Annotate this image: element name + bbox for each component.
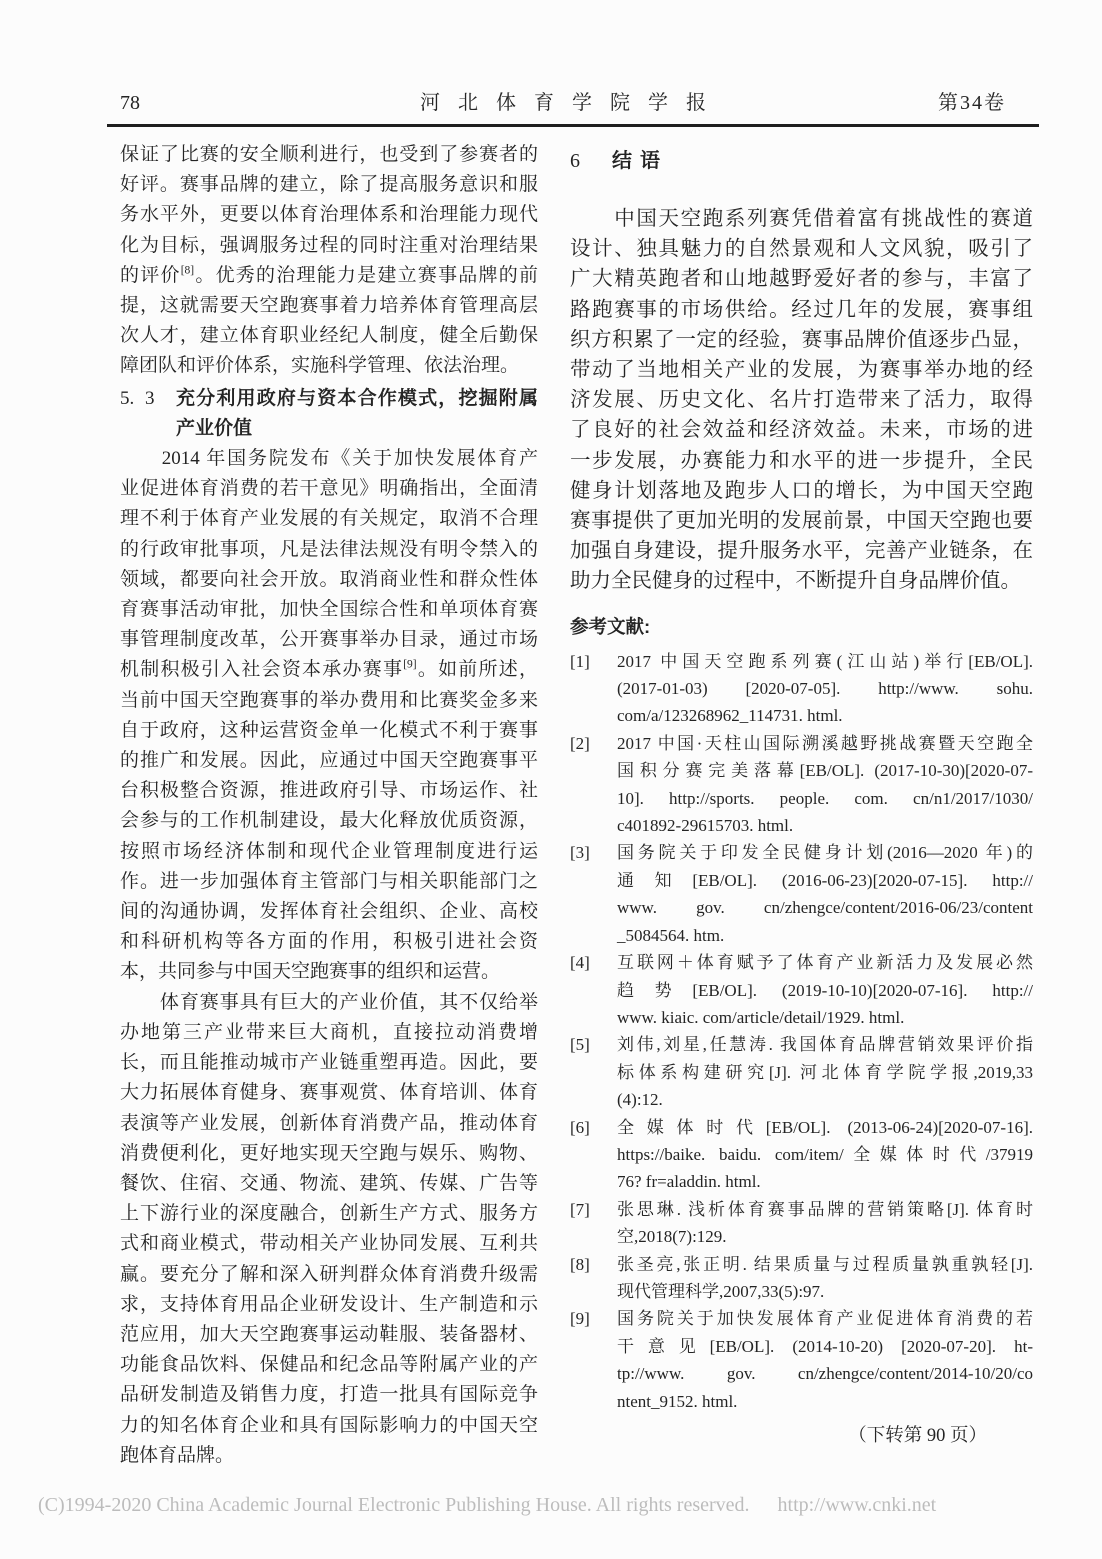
text-line: 赛事提供了更加光明的发展前景，中国天空跑也要 bbox=[570, 506, 1033, 536]
text-line: 的推广和发展。因此，应通过中国天空跑赛事平 bbox=[120, 746, 538, 776]
text-line: 10]. http://sports. people. com. cn/n1/2… bbox=[617, 785, 1033, 812]
text-line: 提，这就需要天空跑赛事着力培养体育管理高层 bbox=[120, 291, 538, 321]
reference-item: [8]张圣亮,张正明. 结果质量与过程质量孰重孰轻[J].现代管理科学,2007… bbox=[570, 1251, 1033, 1306]
text-line: 通知[EB/OL]. (2016-06-23)[2020-07-15]. htt… bbox=[617, 867, 1033, 894]
text-line: 化为目标，强调服务过程的同时注重对治理结果 bbox=[120, 231, 538, 261]
reference-number: [1] bbox=[570, 648, 617, 730]
text-line: 中国天空跑系列赛凭借着富有挑战性的赛道 bbox=[570, 204, 1033, 234]
text-line: 作。进一步加强体育主管部门与相关职能部门之 bbox=[120, 867, 538, 897]
text-line: 刘伟,刘星,任慧涛. 我国体育品牌营销效果评价指 bbox=[617, 1031, 1033, 1058]
reference-text: 2017 中国天空跑系列赛(江山站)举行[EB/OL].(2017-01-03)… bbox=[617, 648, 1033, 730]
header-divider bbox=[107, 124, 1039, 127]
reference-text: 互联网＋体育赋予了体育产业新活力及发展必然趋势[EB/OL]. (2019-10… bbox=[617, 949, 1033, 1031]
text-line: 式和商业模式，带动相关产业协同发展、互利共 bbox=[120, 1229, 538, 1259]
text-line: 事管理制度改革，公开赛事举办目录，通过市场 bbox=[120, 625, 538, 655]
text-line: 设计、独具魅力的自然景观和人文风貌，吸引了 bbox=[570, 234, 1033, 264]
reference-number: [6] bbox=[570, 1114, 617, 1196]
text-line: 路跑赛事的市场供给。经过几年的发展，赛事组 bbox=[570, 295, 1033, 325]
page-footer: (C)1994-2020 China Academic Journal Elec… bbox=[38, 1494, 1078, 1517]
conclusion-paragraph: 中国天空跑系列赛凭借着富有挑战性的赛道设计、独具魅力的自然景观和人文风貌，吸引了… bbox=[570, 204, 1033, 597]
text-line: 织方积累了一定的经验，赛事品牌价值逐步凸显， bbox=[570, 325, 1033, 355]
text-line: 会参与的工作机制建设，最大化释放优质资源， bbox=[120, 806, 538, 836]
journal-title: 河北体育学院学报 bbox=[210, 86, 916, 115]
paragraph: 保证了比赛的安全顺利进行，也受到了参赛者的好评。赛事品牌的建立，除了提高服务意识… bbox=[120, 140, 538, 382]
text-line: 当前中国天空跑赛事的举办费用和比赛奖金多来 bbox=[120, 686, 538, 716]
text-line: 功能食品饮料、保健品和纪念品等附属产业的产 bbox=[120, 1350, 538, 1380]
section-title: 充分利用政府与资本合作模式，挖掘附属产业价值 bbox=[176, 384, 538, 444]
text-line: 助力全民健身的过程中，不断提升自身品牌价值。 bbox=[570, 566, 1033, 596]
reference-text: 张圣亮,张正明. 结果质量与过程质量孰重孰轻[J].现代管理科学,2007,33… bbox=[617, 1251, 1033, 1306]
page-number: 78 bbox=[120, 92, 210, 115]
text-line: tp://www. gov. cn/zhengce/content/2014-1… bbox=[617, 1360, 1033, 1387]
text-line: 76? fr=aladdin. html. bbox=[617, 1168, 1033, 1195]
text-line: 间的沟通协调，发挥体育社会组织、企业、高校 bbox=[120, 897, 538, 927]
text-line: 济发展、历史文化、名片打造带来了活力，取得 bbox=[570, 385, 1033, 415]
text-line: (2017-01-03) [2020-07-05]. http://www. s… bbox=[617, 675, 1033, 702]
section-heading-5-3: 5. 3 充分利用政府与资本合作模式，挖掘附属产业价值 bbox=[120, 384, 538, 444]
reference-item: [5]刘伟,刘星,任慧涛. 我国体育品牌营销效果评价指标体系构建研究[J]. 河… bbox=[570, 1031, 1033, 1113]
text-line: 赢。要充分了解和深入研判群众体育消费升级需 bbox=[120, 1260, 538, 1290]
text-line: 跑体育品牌。 bbox=[120, 1441, 538, 1471]
text-line: 的评价[8]。优秀的治理能力是建立赛事品牌的前 bbox=[120, 261, 538, 291]
text-line: 的行政审批事项，凡是法律法规没有明令禁入的 bbox=[120, 535, 538, 565]
text-line: 务水平外，更要以体育治理体系和治理能力现代 bbox=[120, 200, 538, 230]
paragraph: 体育赛事具有巨大的产业价值，其不仅给举办地第三产业带来巨大商机，直接拉动消费增长… bbox=[120, 988, 538, 1471]
reference-number: [5] bbox=[570, 1031, 617, 1113]
page-header: 78 河北体育学院学报 第34卷 bbox=[120, 86, 1006, 115]
section-heading-6: 6 结语 bbox=[570, 146, 1033, 176]
text-line: 健身计划落地及跑步人口的增长，为中国天空跑 bbox=[570, 476, 1033, 506]
text-line: 空,2018(7):129. bbox=[617, 1223, 1033, 1250]
text-line: 干意见[EB/OL]. (2014-10-20) [2020-07-20]. h… bbox=[617, 1333, 1033, 1360]
reference-number: [4] bbox=[570, 949, 617, 1031]
text-line: 本，共同参与中国天空跑赛事的组织和运营。 bbox=[120, 957, 538, 987]
reference-number: [2] bbox=[570, 730, 617, 840]
text-line: 带动了当地相关产业的发展，为赛事举办地的经 bbox=[570, 355, 1033, 385]
text-line: 2014 年国务院发布《关于加快发展体育产 bbox=[120, 444, 538, 474]
reference-item: [4]互联网＋体育赋予了体育产业新活力及发展必然趋势[EB/OL]. (2019… bbox=[570, 949, 1033, 1031]
text-line: 办地第三产业带来巨大商机，直接拉动消费增 bbox=[120, 1018, 538, 1048]
text-line: 互联网＋体育赋予了体育产业新活力及发展必然 bbox=[617, 949, 1033, 976]
continuation-note: （下转第 90 页） bbox=[570, 1421, 1033, 1451]
reference-text: 全媒体时代[EB/OL]. (2013-06-24)[2020-07-16].h… bbox=[617, 1114, 1033, 1196]
reference-text: 张思琳. 浅析体育赛事品牌的营销策略[J]. 体育时空,2018(7):129. bbox=[617, 1196, 1033, 1251]
text-line: 餐饮、住宿、交通、物流、建筑、传媒、广告等 bbox=[120, 1169, 538, 1199]
citation-superscript: [9] bbox=[403, 659, 416, 671]
reference-item: [3]国务院关于印发全民健身计划(2016—2020 年)的通知[EB/OL].… bbox=[570, 839, 1033, 949]
text-line: 长，而且能推动城市产业链重塑再造。因此，要 bbox=[120, 1048, 538, 1078]
paragraph: 2014 年国务院发布《关于加快发展体育产业促进体育消费的若干意见》明确指出，全… bbox=[120, 444, 538, 988]
text-line: 张思琳. 浅析体育赛事品牌的营销策略[J]. 体育时 bbox=[617, 1196, 1033, 1223]
text-line: 力的知名体育企业和具有国际影响力的中国天空 bbox=[120, 1411, 538, 1441]
text-line: 趋势[EB/OL]. (2019-10-10)[2020-07-16]. htt… bbox=[617, 977, 1033, 1004]
text-line: 育赛事活动审批，加快全国综合性和单项体育赛 bbox=[120, 595, 538, 625]
section-number: 5. 3 bbox=[120, 384, 176, 444]
text-line: 求，支持体育用品企业研发设计、生产制造和示 bbox=[120, 1290, 538, 1320]
reference-item: [7]张思琳. 浅析体育赛事品牌的营销策略[J]. 体育时空,2018(7):1… bbox=[570, 1196, 1033, 1251]
text-line: 好评。赛事品牌的建立，除了提高服务意识和服 bbox=[120, 170, 538, 200]
reference-text: 国务院关于加快发展体育产业促进体育消费的若干意见[EB/OL]. (2014-1… bbox=[617, 1305, 1033, 1415]
text-line: 充分利用政府与资本合作模式，挖掘附属 bbox=[176, 384, 538, 414]
copyright-text: (C)1994-2020 China Academic Journal Elec… bbox=[38, 1494, 750, 1516]
text-line: 领域，都要向社会开放。取消商业性和群众性体 bbox=[120, 565, 538, 595]
reference-text: 国务院关于印发全民健身计划(2016—2020 年)的通知[EB/OL]. (2… bbox=[617, 839, 1033, 949]
text-line: com/a/123268962_114731. html. bbox=[617, 702, 1033, 729]
text-line: 障团队和评价体系，实施科学管理、依法治理。 bbox=[120, 351, 538, 381]
text-line: c401892-29615703. html. bbox=[617, 812, 1033, 839]
reference-item: [6]全媒体时代[EB/OL]. (2013-06-24)[2020-07-16… bbox=[570, 1114, 1033, 1196]
reference-text: 刘伟,刘星,任慧涛. 我国体育品牌营销效果评价指标体系构建研究[J]. 河北体育… bbox=[617, 1031, 1033, 1113]
text-line: 国积分赛完美落幕[EB/OL]. (2017-10-30)[2020-07- bbox=[617, 757, 1033, 784]
text-line: 和科研机构等各方面的作用，积极引进社会资 bbox=[120, 927, 538, 957]
text-line: 产业价值 bbox=[176, 414, 538, 444]
reference-item: [2]2017 中国·天柱山国际溯溪越野挑战赛暨天空跑全国积分赛完美落幕[EB/… bbox=[570, 730, 1033, 840]
text-line: ntent_9152. html. bbox=[617, 1388, 1033, 1415]
reference-number: [7] bbox=[570, 1196, 617, 1251]
text-line: www. gov. cn/zhengce/content/2016-06/23/… bbox=[617, 894, 1033, 921]
text-line: 按照市场经济体制和现代企业管理制度进行运 bbox=[120, 837, 538, 867]
text-line: 保证了比赛的安全顺利进行，也受到了参赛者的 bbox=[120, 140, 538, 170]
volume-number: 第34卷 bbox=[916, 86, 1006, 115]
text-line: 国务院关于加快发展体育产业促进体育消费的若 bbox=[617, 1305, 1033, 1332]
citation-superscript: [8] bbox=[181, 264, 194, 276]
reference-item: [1]2017 中国天空跑系列赛(江山站)举行[EB/OL].(2017-01-… bbox=[570, 648, 1033, 730]
text-line: 表演等产业发展，创新体育消费产品，推动体育 bbox=[120, 1109, 538, 1139]
cnki-url: http://www.cnki.net bbox=[778, 1494, 937, 1516]
reference-item: [9]国务院关于加快发展体育产业促进体育消费的若干意见[EB/OL]. (201… bbox=[570, 1305, 1033, 1415]
references-heading: 参考文献: bbox=[570, 613, 1033, 639]
reference-number: [8] bbox=[570, 1251, 617, 1306]
text-line: 体育赛事具有巨大的产业价值，其不仅给举 bbox=[120, 988, 538, 1018]
text-line: 张圣亮,张正明. 结果质量与过程质量孰重孰轻[J]. bbox=[617, 1251, 1033, 1278]
references-list: [1]2017 中国天空跑系列赛(江山站)举行[EB/OL].(2017-01-… bbox=[570, 648, 1033, 1415]
text-line: 台积极整合资源，推进政府引导、市场运作、社 bbox=[120, 776, 538, 806]
text-line: 机制积极引入社会资本承办赛事[9]。如前所述， bbox=[120, 655, 538, 685]
text-line: 国务院关于印发全民健身计划(2016—2020 年)的 bbox=[617, 839, 1033, 866]
text-line: 自于政府，这种运营资金单一化模式不利于赛事 bbox=[120, 716, 538, 746]
reference-text: 2017 中国·天柱山国际溯溪越野挑战赛暨天空跑全国积分赛完美落幕[EB/OL]… bbox=[617, 730, 1033, 840]
text-line: 次人才，建立体育职业经纪人制度，健全后勤保 bbox=[120, 321, 538, 351]
text-line: 一步发展，办赛能力和水平的进一步提升，全民 bbox=[570, 446, 1033, 476]
text-line: _5084564. htm. bbox=[617, 922, 1033, 949]
text-line: 现代管理科学,2007,33(5):97. bbox=[617, 1278, 1033, 1305]
section-number: 6 bbox=[570, 146, 612, 176]
text-line: 上下游行业的深度融合，创新生产方式、服务方 bbox=[120, 1199, 538, 1229]
text-line: 2017 中国天空跑系列赛(江山站)举行[EB/OL]. bbox=[617, 648, 1033, 675]
text-line: 标体系构建研究[J]. 河北体育学院学报,2019,33 bbox=[617, 1059, 1033, 1086]
text-line: 2017 中国·天柱山国际溯溪越野挑战赛暨天空跑全 bbox=[617, 730, 1033, 757]
journal-page: 78 河北体育学院学报 第34卷 保证了比赛的安全顺利进行，也受到了参赛者的好评… bbox=[0, 0, 1102, 1559]
text-line: 消费便利化，更好地实现天空跑与娱乐、购物、 bbox=[120, 1139, 538, 1169]
text-line: 大力拓展体育健身、赛事观赏、体育培训、体育 bbox=[120, 1078, 538, 1108]
section-title: 结语 bbox=[612, 146, 668, 176]
reference-number: [9] bbox=[570, 1305, 617, 1415]
text-line: 广大精英跑者和山地越野爱好者的参与，丰富了 bbox=[570, 264, 1033, 294]
text-line: 理不利于体育产业发展的有关规定，取消不合理 bbox=[120, 504, 538, 534]
text-line: (4):12. bbox=[617, 1086, 1033, 1113]
left-column: 保证了比赛的安全顺利进行，也受到了参赛者的好评。赛事品牌的建立，除了提高服务意识… bbox=[120, 140, 538, 1471]
text-line: 范应用，加大天空跑赛事运动鞋服、装备器材、 bbox=[120, 1320, 538, 1350]
text-line: www. kiaic. com/article/detail/1929. htm… bbox=[617, 1004, 1033, 1031]
right-column: 6 结语 中国天空跑系列赛凭借着富有挑战性的赛道设计、独具魅力的自然景观和人文风… bbox=[570, 140, 1033, 1451]
text-line: 品研发制造及销售力度，打造一批具有国际竞争 bbox=[120, 1380, 538, 1410]
text-line: https://baike. baidu. com/item/全媒体时代/379… bbox=[617, 1141, 1033, 1168]
text-line: 全媒体时代[EB/OL]. (2013-06-24)[2020-07-16]. bbox=[617, 1114, 1033, 1141]
text-line: 业促进体育消费的若干意见》明确指出，全面清 bbox=[120, 474, 538, 504]
text-line: 了良好的社会效益和经济效益。未来，市场的进 bbox=[570, 415, 1033, 445]
reference-number: [3] bbox=[570, 839, 617, 949]
text-line: 加强自身建设，提升服务水平，完善产业链条，在 bbox=[570, 536, 1033, 566]
